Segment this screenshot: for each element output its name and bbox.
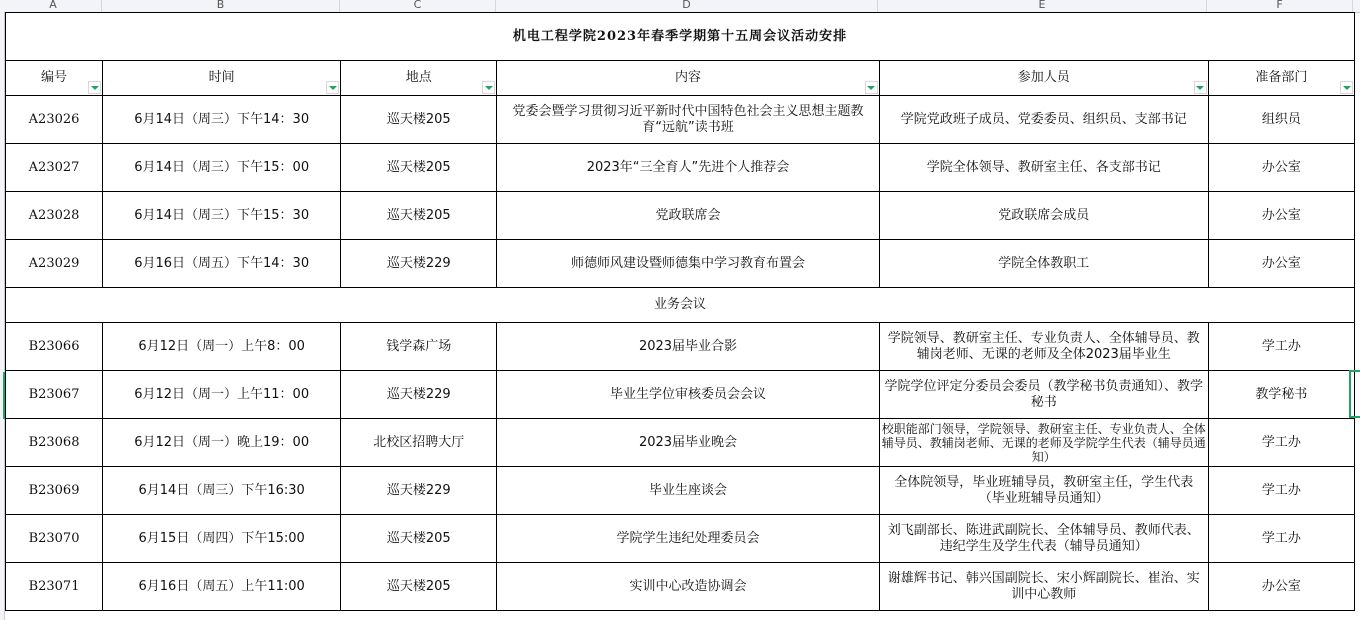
cell-dept[interactable]: 办公室 [1208, 240, 1354, 288]
cell-id[interactable]: A23026 [6, 96, 103, 144]
cell-id[interactable]: A23029 [6, 240, 103, 288]
filter-dropdown-icon[interactable] [326, 81, 339, 94]
table-row: B23069 6月14日（周三）下午16:30 巡天楼229 毕业生座谈会 全体… [6, 467, 1355, 515]
cell-content[interactable]: 党委会暨学习贯彻习近平新时代中国特色社会主义思想主题教育“远航”读书班 [497, 96, 879, 144]
cell-id[interactable]: A23027 [6, 144, 103, 192]
cell-content[interactable]: 毕业生学位审核委员会会议 [497, 371, 879, 419]
cell-content[interactable]: 2023年“三全育人”先进个人推荐会 [497, 144, 879, 192]
cell-time[interactable]: 6月14日（周三）下午15：00 [103, 144, 341, 192]
cell-attendees[interactable]: 全体院领导，毕业班辅导员，教研室主任，学生代表（毕业班辅导员通知） [879, 467, 1208, 515]
cell-dept[interactable]: 组织员 [1208, 96, 1354, 144]
header-row: 编号 时间 地点 内容 参加人员 准备部门 [6, 61, 1355, 96]
cell-time[interactable]: 6月15日（周四）下午15:00 [103, 515, 341, 563]
cell-attendees[interactable]: 学院领导、教研室主任、专业负责人、全体辅导员、教辅岗老师、无课的老师及全体202… [879, 323, 1208, 371]
table-row: A23026 6月14日（周三）下午14：30 巡天楼205 党委会暨学习贯彻习… [6, 96, 1355, 144]
table-row: B23070 6月15日（周四）下午15:00 巡天楼205 学院学生违纪处理委… [6, 515, 1355, 563]
filter-dropdown-icon[interactable] [1194, 81, 1207, 94]
cell-id[interactable]: B23068 [6, 419, 103, 467]
cell-dept[interactable]: 办公室 [1208, 192, 1354, 240]
column-header-a[interactable]: A [5, 0, 102, 12]
cell-time[interactable]: 6月14日（周三）下午14：30 [103, 96, 341, 144]
header-dept-label: 准备部门 [1255, 70, 1307, 85]
cell-content[interactable]: 学院学生违纪处理委员会 [497, 515, 879, 563]
header-dept[interactable]: 准备部门 [1208, 61, 1354, 96]
cell-id[interactable]: B23067 [6, 371, 103, 419]
cell-content[interactable]: 毕业生座谈会 [497, 467, 879, 515]
column-header-c[interactable]: C [340, 0, 496, 12]
cell-id[interactable]: B23070 [6, 515, 103, 563]
table-row: B23068 6月12日（周一）晚上19：00 北校区招聘大厅 2023届毕业晚… [6, 419, 1355, 467]
filter-dropdown-icon[interactable] [1340, 81, 1353, 94]
table-row: A23027 6月14日（周三）下午15：00 巡天楼205 2023年“三全育… [6, 144, 1355, 192]
table-row: B23071 6月16日（周五）上午11:00 巡天楼205 实训中心改造协调会… [6, 563, 1355, 611]
cell-place[interactable]: 巡天楼229 [341, 240, 497, 288]
header-content[interactable]: 内容 [497, 61, 879, 96]
cell-content[interactable]: 实训中心改造协调会 [497, 563, 879, 611]
cell-place[interactable]: 巡天楼205 [341, 144, 497, 192]
cell-attendees[interactable]: 党政联席会成员 [879, 192, 1208, 240]
cell-place[interactable]: 钱学森广场 [341, 323, 497, 371]
cell-attendees[interactable]: 学院学位评定分委员会委员（教学秘书负责通知）、教学秘书 [879, 371, 1208, 419]
cell-attendees[interactable]: 学院全体教职工 [879, 240, 1208, 288]
cell-content[interactable]: 2023届毕业合影 [497, 323, 879, 371]
cell-place[interactable]: 巡天楼229 [341, 371, 497, 419]
cell-content[interactable]: 师德师风建设暨师德集中学习教育布置会 [497, 240, 879, 288]
cell-time[interactable]: 6月12日（周一）上午11：00 [103, 371, 341, 419]
cell-place[interactable]: 巡天楼229 [341, 467, 497, 515]
table-row: A23028 6月14日（周三）下午15：30 巡天楼205 党政联席会 党政联… [6, 192, 1355, 240]
cell-time[interactable]: 6月12日（周一）上午8：00 [103, 323, 341, 371]
cell-selection-highlight [1349, 370, 1360, 418]
header-time[interactable]: 时间 [103, 61, 341, 96]
cell-time[interactable]: 6月16日（周五）上午11:00 [103, 563, 341, 611]
cell-id[interactable]: B23071 [6, 563, 103, 611]
header-id-label: 编号 [41, 70, 67, 85]
cell-attendees[interactable]: 学院党政班子成员、党委委员、组织员、支部书记 [879, 96, 1208, 144]
cell-attendees[interactable]: 学院全体领导、教研室主任、各支部书记 [879, 144, 1208, 192]
cell-dept[interactable]: 教学秘书 [1208, 371, 1354, 419]
header-place[interactable]: 地点 [341, 61, 497, 96]
cell-time[interactable]: 6月16日（周五）下午14：30 [103, 240, 341, 288]
sheet-title[interactable]: 机电工程学院2023年春季学期第十五周会议活动安排 [6, 13, 1355, 61]
cell-content[interactable]: 党政联席会 [497, 192, 879, 240]
column-header-f[interactable]: F [1207, 0, 1353, 12]
section-row: 业务会议 [6, 288, 1355, 323]
column-header-d[interactable]: D [496, 0, 878, 12]
header-attendees-label: 参加人员 [1018, 70, 1070, 85]
cell-place[interactable]: 巡天楼205 [341, 515, 497, 563]
filter-dropdown-icon[interactable] [865, 81, 878, 94]
cell-dept[interactable]: 办公室 [1208, 144, 1354, 192]
filter-dropdown-icon[interactable] [88, 81, 101, 94]
cell-place[interactable]: 巡天楼205 [341, 96, 497, 144]
filter-dropdown-icon[interactable] [482, 81, 495, 94]
cell-dept[interactable]: 学工办 [1208, 515, 1354, 563]
cell-time[interactable]: 6月12日（周一）晚上19：00 [103, 419, 341, 467]
cell-attendees[interactable]: 刘飞副部长、陈进武副院长、全体辅导员、教师代表、违纪学生及学生代表（辅导员通知） [879, 515, 1208, 563]
schedule-table: 机电工程学院2023年春季学期第十五周会议活动安排 编号 时间 地点 内容 参加… [5, 12, 1355, 611]
table-row: B23067 6月12日（周一）上午11：00 巡天楼229 毕业生学位审核委员… [6, 371, 1355, 419]
header-time-label: 时间 [209, 70, 235, 85]
column-header-e[interactable]: E [878, 0, 1207, 12]
table-row: B23066 6月12日（周一）上午8：00 钱学森广场 2023届毕业合影 学… [6, 323, 1355, 371]
cell-attendees[interactable]: 校职能部门领导，学院领导、教研室主任、专业负责人、全体辅导员、教辅岗老师、无课的… [879, 419, 1208, 467]
cell-id[interactable]: A23028 [6, 192, 103, 240]
cell-time[interactable]: 6月14日（周三）下午16:30 [103, 467, 341, 515]
cell-id[interactable]: B23069 [6, 467, 103, 515]
header-content-label: 内容 [675, 70, 701, 85]
header-id[interactable]: 编号 [6, 61, 103, 96]
table-row: A23029 6月16日（周五）下午14：30 巡天楼229 师德师风建设暨师德… [6, 240, 1355, 288]
cell-content[interactable]: 2023届毕业晚会 [497, 419, 879, 467]
cell-place[interactable]: 巡天楼205 [341, 192, 497, 240]
column-header-b[interactable]: B [102, 0, 340, 12]
cell-id[interactable]: B23066 [6, 323, 103, 371]
cell-dept[interactable]: 学工办 [1208, 323, 1354, 371]
header-place-label: 地点 [406, 70, 432, 85]
section-label[interactable]: 业务会议 [6, 288, 1355, 323]
cell-attendees[interactable]: 谢雄辉书记、韩兴国副院长、宋小辉副院长、崔治、实训中心教师 [879, 563, 1208, 611]
cell-place[interactable]: 北校区招聘大厅 [341, 419, 497, 467]
cell-dept[interactable]: 学工办 [1208, 467, 1354, 515]
cell-dept[interactable]: 学工办 [1208, 419, 1354, 467]
cell-dept[interactable]: 办公室 [1208, 563, 1354, 611]
cell-time[interactable]: 6月14日（周三）下午15：30 [103, 192, 341, 240]
header-attendees[interactable]: 参加人员 [879, 61, 1208, 96]
cell-place[interactable]: 巡天楼205 [341, 563, 497, 611]
